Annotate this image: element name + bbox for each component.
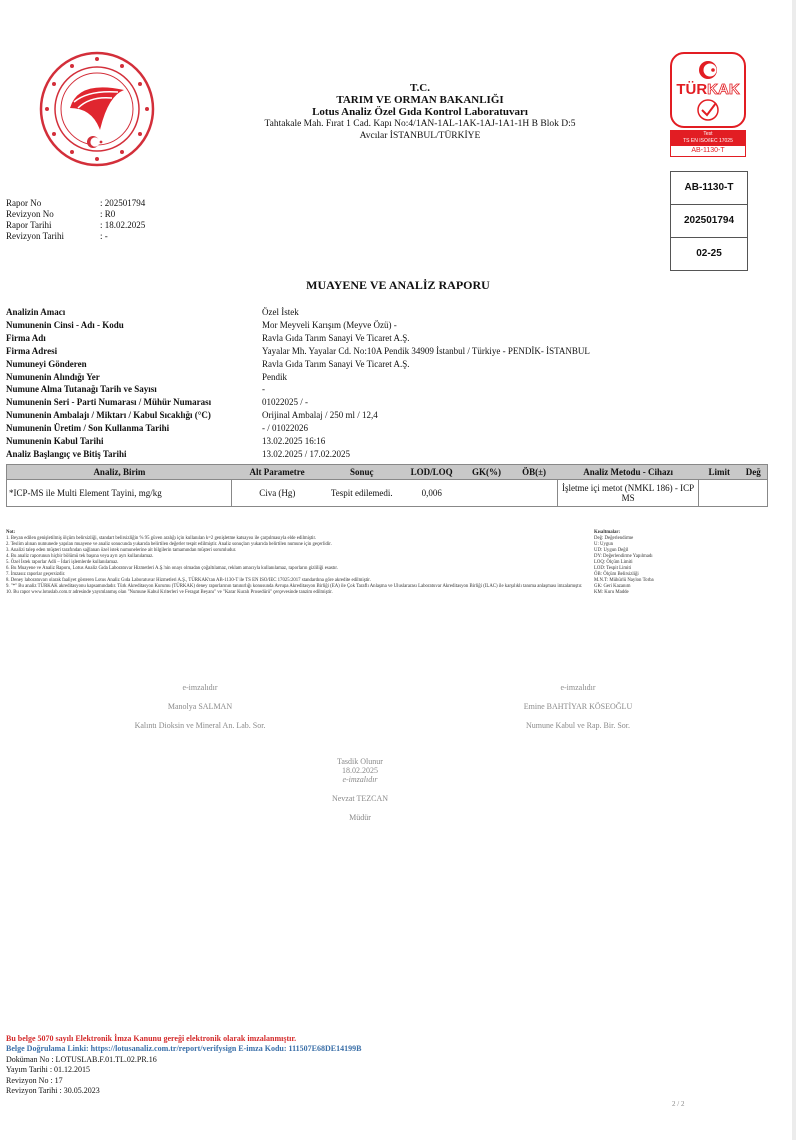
info-row: Numunenin Ambalajı / Miktarı / Kabul Sıc… <box>6 409 590 422</box>
report-title: MUAYENE VE ANALİZ RAPORU <box>0 278 796 293</box>
turkak-code: AB-1130-T <box>670 145 746 157</box>
info-row: Numunenin Alındığı YerPendik <box>6 371 590 384</box>
esign-notice: Bu belge 5070 sayılı Elektronik İmza Kan… <box>6 1034 361 1044</box>
signer-role: Numune Kabul ve Rap. Bir. Sor. <box>448 721 708 730</box>
info-value: Mor Meyveli Karışım (Meyve Özü) - <box>262 319 397 332</box>
info-value: 13.02.2025 / 17.02.2025 <box>262 448 350 461</box>
page-number: 2 / 2 <box>672 1100 684 1108</box>
info-label: Numunenin Ambalajı / Miktarı / Kabul Sıc… <box>6 409 262 422</box>
report-no: : 202501794 <box>100 198 145 209</box>
info-label: Analiz Başlangıç ve Bitiş Tarihi <box>6 448 262 461</box>
verification-link[interactable]: Belge Doğrulama Linki: https://lotusanal… <box>6 1044 361 1054</box>
info-value: 01022025 / - <box>262 396 308 409</box>
report-date: : 18.02.2025 <box>100 220 145 231</box>
table-row: *ICP-MS ile Multi Element Tayini, mg/kg … <box>7 480 768 507</box>
info-row: Analizin AmacıÖzel İstek <box>6 306 590 319</box>
abbreviation-item: KM: Kuru Madde <box>594 590 654 596</box>
info-value: - <box>262 383 265 396</box>
info-row: Numunenin Kabul Tarihi13.02.2025 16:16 <box>6 435 590 448</box>
footer-revision-date: Revizyon Tarihi : 30.05.2023 <box>6 1086 361 1096</box>
notes-section: Not: 1. Beyan edilen genişletilmiş ölçüm… <box>6 530 606 596</box>
sample-info: Analizin AmacıÖzel İstekNumunenin Cinsi … <box>6 306 590 461</box>
info-row: Analiz Başlangıç ve Bitiş Tarihi13.02.20… <box>6 448 590 461</box>
info-label: Analizin Amacı <box>6 306 262 319</box>
info-value: Pendik <box>262 371 287 384</box>
header-ministry: TARIM VE ORMAN BAKANLIĞI <box>220 94 620 106</box>
info-row: Numunenin Cinsi - Adı - KoduMor Meyveli … <box>6 319 590 332</box>
signature-left: e-imzalıdır Manolya SALMAN Kalıntı Dioks… <box>70 683 330 740</box>
note-item: 10. Bu rapor www.lotuslab.com.tr adresin… <box>6 590 606 596</box>
report-period-box: 02-25 <box>671 238 747 270</box>
report-meta: Rapor No: 202501794 Revizyon No: R0 Rapo… <box>6 198 145 242</box>
info-value: Ravla Gıda Tarım Sanayi Ve Ticaret A.Ş. <box>262 358 410 371</box>
document-no: Doküman No : LOTUSLAB.F.01.TL.02.PR.16 <box>6 1055 361 1065</box>
header-address: Tahtakale Mah. Fırat 1 Cad. Kapı No:4/1A… <box>220 118 620 130</box>
signer-name: Emine BAHTİYAR KÖSEOĞLU <box>448 702 708 711</box>
turkak-badge: TÜRKAK <box>670 52 746 128</box>
accreditation-code-boxes: AB-1130-T 202501794 02-25 <box>670 171 748 271</box>
results-table: Analiz, Birim Alt Parametre Sonuç LOD/LO… <box>6 464 768 507</box>
signer-role: Müdür <box>240 813 480 822</box>
footer-revision-no: Revizyon No : 17 <box>6 1076 361 1086</box>
signature-center: Tasdik Olunur 18.02.2025 e-imzalıdır Nev… <box>240 757 480 822</box>
report-no-box: 202501794 <box>671 205 747 238</box>
info-value: Ravla Gıda Tarım Sanayi Ve Ticaret A.Ş. <box>262 332 410 345</box>
info-label: Firma Adresi <box>6 345 262 358</box>
header-tc: T.C. <box>220 82 620 94</box>
signer-name: Manolya SALMAN <box>70 702 330 711</box>
info-value: Yayalar Mh. Yayalar Cd. No:10A Pendik 34… <box>262 345 590 358</box>
info-row: Numune Alma Tutanağı Tarih ve Sayısı- <box>6 383 590 396</box>
page-edge <box>792 0 796 1140</box>
signer-role: Kalıntı Dioksin ve Mineral An. Lab. Sor. <box>70 721 330 730</box>
info-label: Numunenin Alındığı Yer <box>6 371 262 384</box>
header-city: Avcılar İSTANBUL/TÜRKİYE <box>220 130 620 142</box>
lab-header: T.C. TARIM VE ORMAN BAKANLIĞI Lotus Anal… <box>220 82 620 142</box>
turkak-standard-band: Test TS EN ISO/IEC 17025 <box>670 130 746 145</box>
abbreviations-section: Kısaltmalar: Değ: DeğerlendirmeU: UygunU… <box>594 530 654 596</box>
info-value: 13.02.2025 16:16 <box>262 435 325 448</box>
info-value: Özel İstek <box>262 306 299 319</box>
signature-right: e-imzalıdır Emine BAHTİYAR KÖSEOĞLU Numu… <box>448 683 708 740</box>
results-header-row: Analiz, Birim Alt Parametre Sonuç LOD/LO… <box>7 465 768 480</box>
info-row: Firma AdıRavla Gıda Tarım Sanayi Ve Tica… <box>6 332 590 345</box>
info-row: Numunenin Seri - Parti Numarası / Mühür … <box>6 396 590 409</box>
info-label: Numunenin Cinsi - Adı - Kodu <box>6 319 262 332</box>
accreditation-no-box: AB-1130-T <box>671 172 747 205</box>
info-row: Firma AdresiYayalar Mh. Yayalar Cd. No:1… <box>6 345 590 358</box>
header-lab-name: Lotus Analiz Özel Gıda Kontrol Laboratuv… <box>220 106 620 118</box>
info-row: Numuneyi GönderenRavla Gıda Tarım Sanayi… <box>6 358 590 371</box>
info-value: - / 01022026 <box>262 422 308 435</box>
revision-date: : - <box>100 231 108 242</box>
info-label: Numune Alma Tutanağı Tarih ve Sayısı <box>6 383 262 396</box>
svg-text:TÜRKAK: TÜRKAK <box>676 81 739 98</box>
info-label: Numuneyi Gönderen <box>6 358 262 371</box>
revision-no: : R0 <box>100 209 115 220</box>
info-label: Numunenin Seri - Parti Numarası / Mühür … <box>6 396 262 409</box>
publish-date: Yayım Tarihi : 01.12.2015 <box>6 1065 361 1075</box>
info-row: Numunenin Üretim / Son Kullanma Tarihi- … <box>6 422 590 435</box>
turkak-accreditation-logo: TÜRKAK Test TS EN ISO/IEC 17025 AB-1130-… <box>670 52 746 157</box>
signer-name: Nevzat TEZCAN <box>240 794 480 803</box>
info-label: Firma Adı <box>6 332 262 345</box>
footer: Bu belge 5070 sayılı Elektronik İmza Kan… <box>6 1034 361 1096</box>
info-label: Numunenin Üretim / Son Kullanma Tarihi <box>6 422 262 435</box>
info-value: Orijinal Ambalaj / 250 ml / 12,4 <box>262 409 378 422</box>
turkak-emblem-icon: TÜRKAK <box>672 54 744 126</box>
info-label: Numunenin Kabul Tarihi <box>6 435 262 448</box>
ministry-seal-logo <box>38 50 156 168</box>
